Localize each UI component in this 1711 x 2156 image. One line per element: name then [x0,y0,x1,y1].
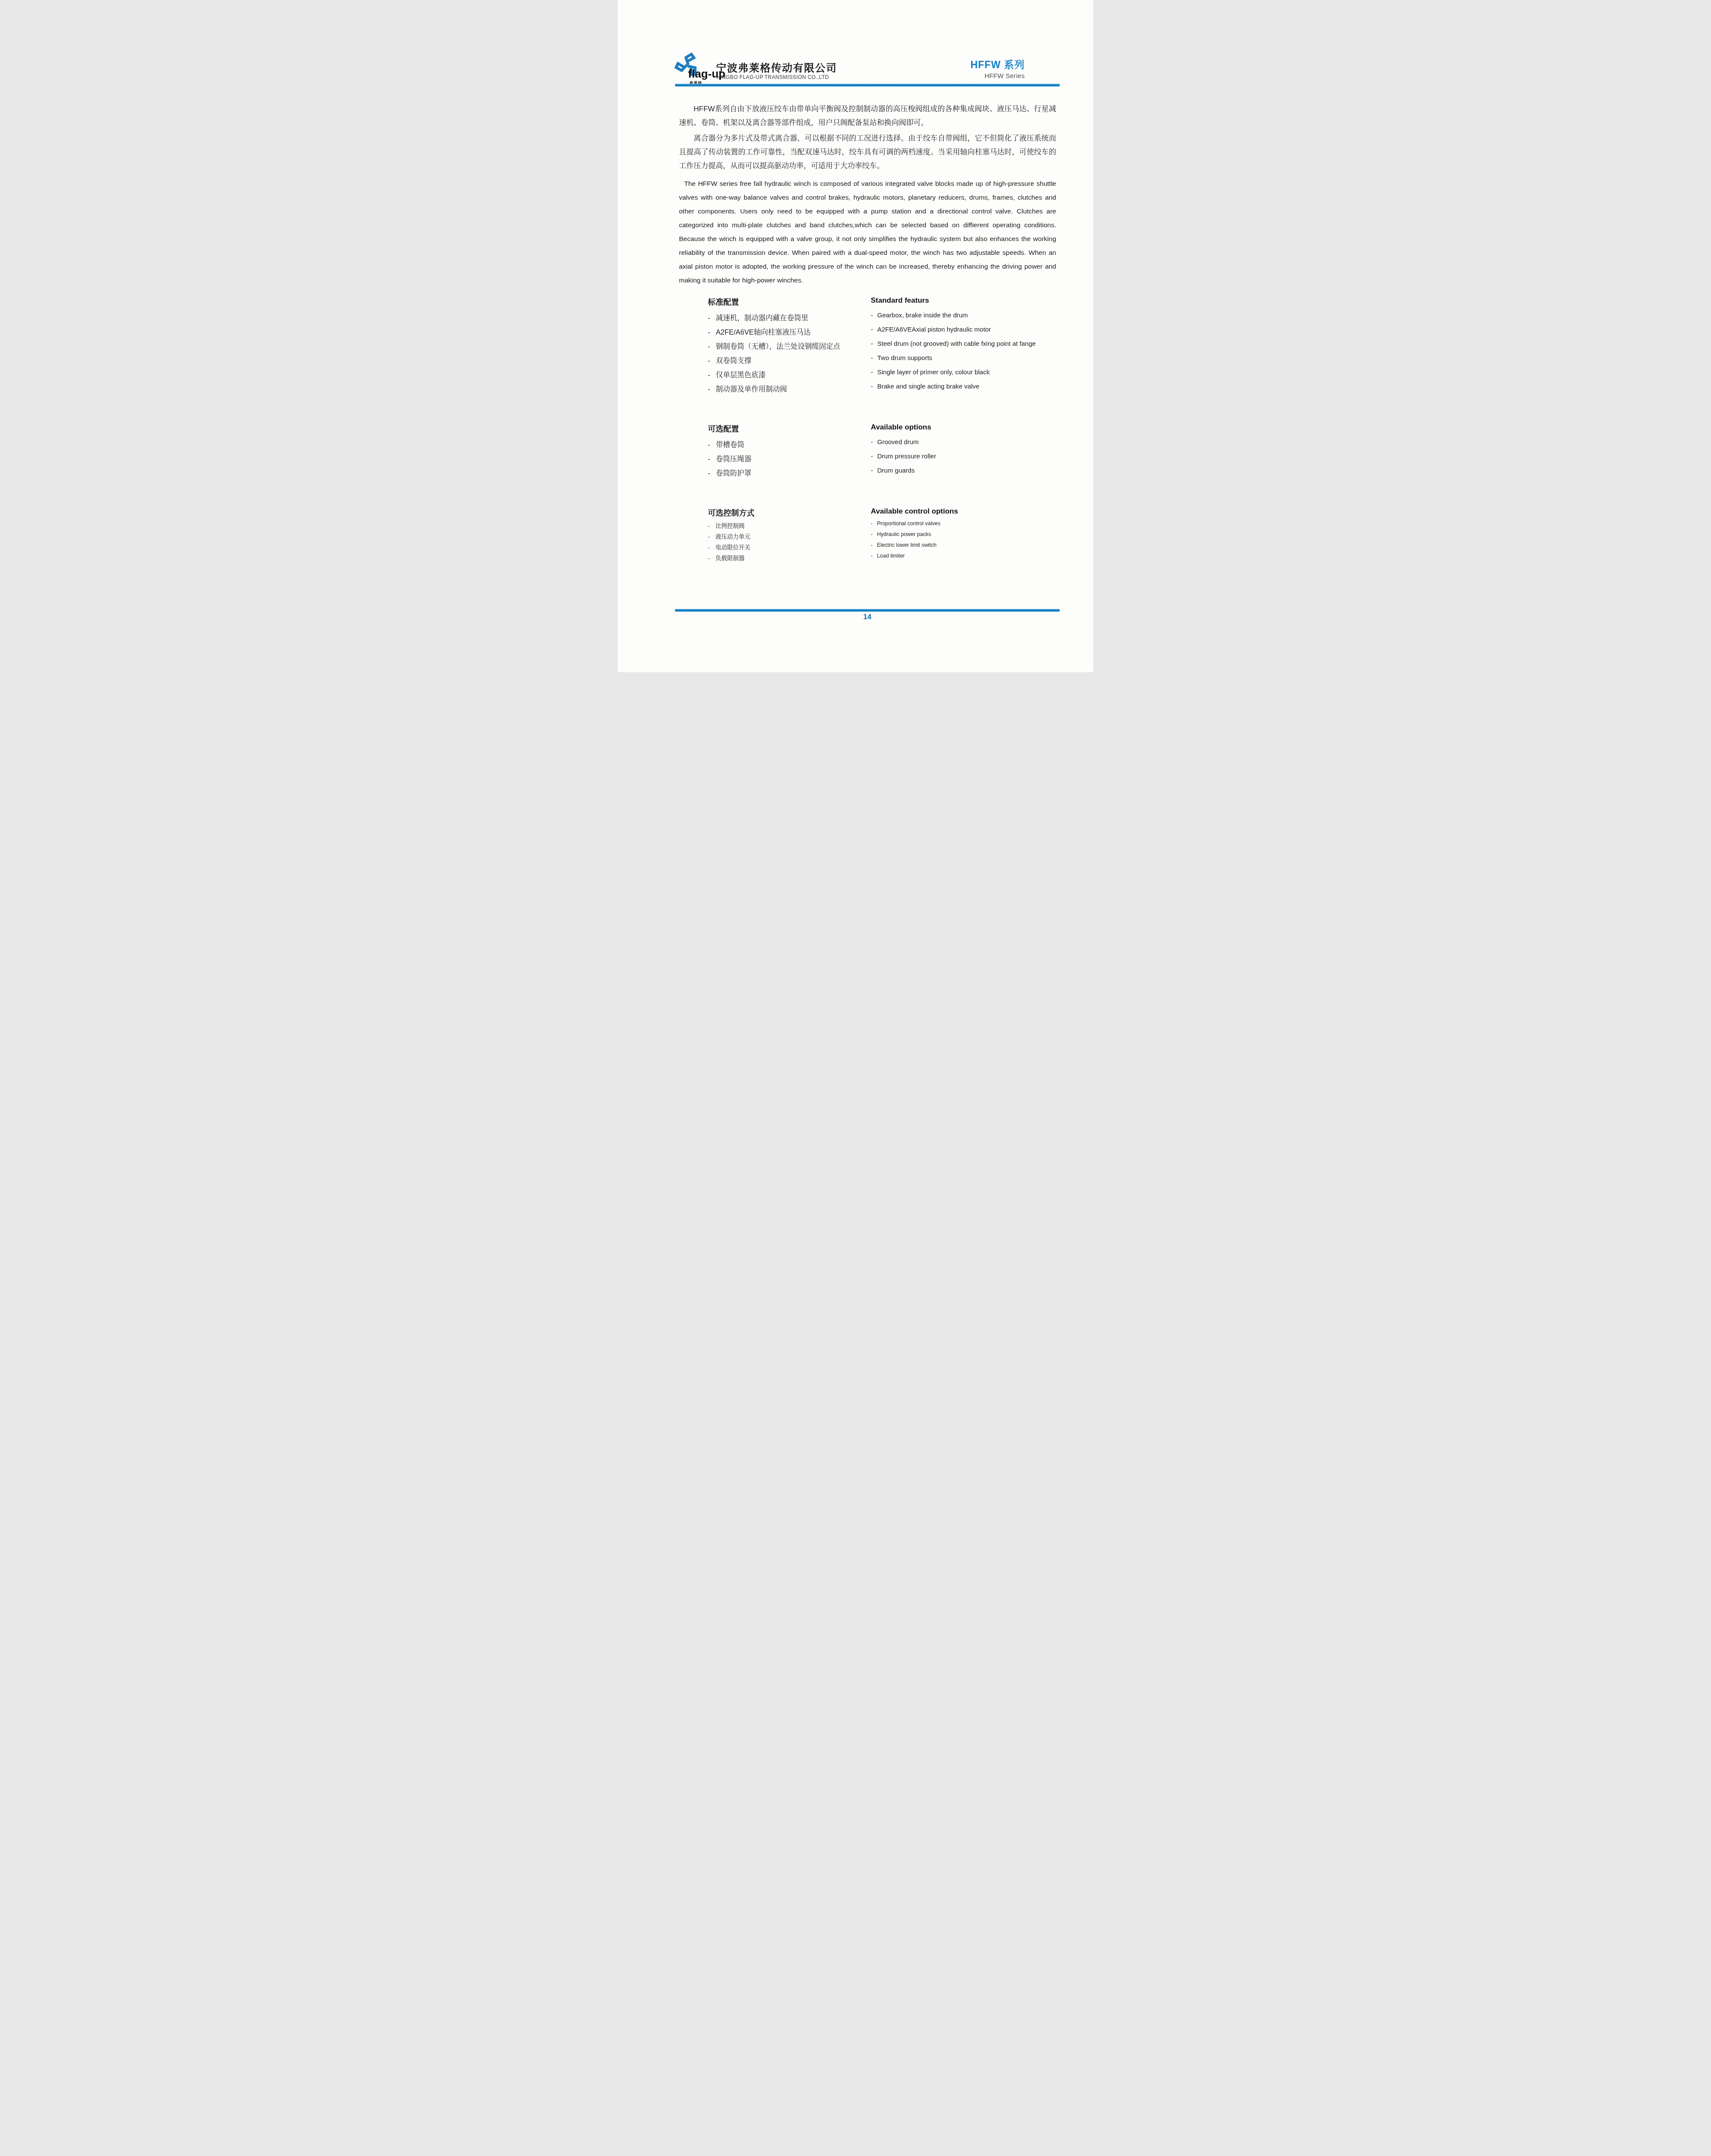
list-item-label: 带槽卷筒 [716,440,744,450]
list-item: -Drum pressure roller [871,452,1056,461]
standard-features-en-list: -Gearbox, brake inside the drum -A2FE/A6… [871,311,1056,392]
list-item: -Proportional control valves [871,520,1056,527]
available-options-cn-list: -带槽卷筒 -卷筒压绳器 -卷筒防护罩 [708,440,871,478]
bullet-dash: - [708,533,710,540]
bullet-dash: - [708,328,710,337]
section-title-en: Available control options [871,507,1056,516]
list-item: -钢制卷筒（无槽），法兰处设钢缆固定点 [708,342,871,351]
list-item: -Drum guards [871,466,1056,476]
available-options-section: 可选配置 -带槽卷筒 -卷筒压绳器 -卷筒防护罩 Available optio… [708,423,1056,483]
list-item: -液压动力单元 [708,533,871,540]
list-item-label: Single layer of primer only, colour blac… [877,368,990,377]
list-item: -负载限制器 [708,555,871,562]
list-item: -比例控制阀 [708,523,871,530]
list-item-label: 电动限位开关 [716,544,751,551]
bullet-dash: - [871,368,873,377]
list-item: -A2FE/A6VE轴向柱塞液压马达 [708,328,871,337]
bullet-dash: - [708,555,710,562]
bullet-dash: - [871,311,873,320]
list-item-label: A2FE/A6VE轴向柱塞液压马达 [716,328,811,337]
series-title-block: HFFW 系列 HFFW Series [970,57,1025,80]
section-title-cn: 标准配置 [708,296,871,307]
bullet-dash: - [708,342,710,351]
intro-paragraph-cn-2: 离合器分为多片式及带式离合器，可以根据不同的工况进行选择。由于绞车自带阀组，它不… [679,132,1056,173]
footer-divider-line [675,609,1060,612]
bullet-dash: - [708,356,710,366]
bullet-dash: - [871,452,873,461]
intro-paragraph-en: The HFFW series free fall hydraulic winc… [679,177,1056,288]
standard-features-cn-list: -减速机，制动器内藏在卷筒里 -A2FE/A6VE轴向柱塞液压马达 -钢制卷筒（… [708,313,871,394]
list-item-label: 减速机，制动器内藏在卷筒里 [716,313,809,323]
series-title-en: HFFW Series [970,72,1025,80]
list-item: -Electric lower limit switch [871,542,1056,548]
list-item: -带槽卷筒 [708,440,871,450]
available-options-en-list: -Grooved drum -Drum pressure roller -Dru… [871,438,1056,476]
bullet-dash: - [871,542,873,548]
list-item: -制动器及单作用制动阀 [708,385,871,394]
list-item-label: Load limiter [877,552,905,559]
header-divider-line [675,84,1060,87]
list-item-label: Hydraulic power packs [877,531,931,538]
control-options-cn-list: -比例控制阀 -液压动力单元 -电动限位开关 -负载限制器 [708,523,871,562]
bullet-dash: - [708,469,710,478]
company-name-cn: 宁波弗莱格传动有限公司 [716,60,837,75]
list-item: -卷筒防护罩 [708,469,871,478]
bullet-dash: - [708,440,710,450]
bullet-dash: - [871,354,873,363]
page-body: HFFW系列自由下放液压绞车由带单向平衡阀及控制制动器的高压梭阀组成的各种集成阀… [679,102,1056,566]
list-item: -Gearbox, brake inside the drum [871,311,1056,320]
list-item-label: 仅单层黑色底漆 [716,370,766,380]
bullet-dash: - [871,325,873,335]
section-title-en: Available options [871,423,1056,432]
standard-features-section: 标准配置 -减速机，制动器内藏在卷筒里 -A2FE/A6VE轴向柱塞液压马达 -… [708,296,1056,399]
list-item: -仅单层黑色底漆 [708,370,871,380]
control-options-en-column: Available control options -Proportional … [871,507,1056,566]
list-item: -Single layer of primer only, colour bla… [871,368,1056,377]
available-options-en-column: Available options -Grooved drum -Drum pr… [871,423,1056,483]
list-item-label: 钢制卷筒（无槽），法兰处设钢缆固定点 [716,342,841,351]
bullet-dash: - [871,438,873,447]
list-item: -卷筒压绳器 [708,454,871,464]
bullet-dash: - [871,531,873,538]
list-item: -A2FE/A6VEAxial piston hydraulic motor [871,325,1056,335]
bullet-dash: - [708,370,710,380]
section-title-cn: 可选控制方式 [708,507,871,518]
list-item: -Brake and single acting brake valve [871,382,1056,392]
list-item-label: Electric lower limit switch [877,542,936,548]
list-item-label: A2FE/A6VEAxial piston hydraulic motor [877,325,991,335]
bullet-dash: - [708,385,710,394]
bullet-dash: - [871,382,873,392]
list-item-label: Drum guards [877,466,915,476]
list-item-label: 卷筒压绳器 [716,454,752,464]
list-item-label: 比例控制阀 [716,523,745,530]
bullet-dash: - [871,339,873,349]
list-item: -Grooved drum [871,438,1056,447]
list-item: -Steel drum (not grooved) with cable fxi… [871,339,1056,349]
bullet-dash: - [708,313,710,323]
list-item-label: Grooved drum [877,438,919,447]
list-item-label: Two drum supports [877,354,932,363]
list-item: -减速机，制动器内藏在卷筒里 [708,313,871,323]
standard-features-en-column: Standard featurs -Gearbox, brake inside … [871,296,1056,399]
list-item: -Hydraulic power packs [871,531,1056,538]
document-page: flag-up 弗莱格 宁波弗莱格传动有限公司 NINGBO FLAG-UP T… [618,0,1093,672]
bullet-dash: - [708,523,710,530]
list-item: -双卷筒支撑 [708,356,871,366]
list-item-label: Drum pressure roller [877,452,936,461]
section-title-en: Standard featurs [871,296,1056,305]
control-options-en-list: -Proportional control valves -Hydraulic … [871,520,1056,559]
list-item: -Load limiter [871,552,1056,559]
standard-features-cn-column: 标准配置 -减速机，制动器内藏在卷筒里 -A2FE/A6VE轴向柱塞液压马达 -… [708,296,871,399]
list-item-label: 双卷筒支撑 [716,356,752,366]
list-item-label: 卷筒防护罩 [716,469,752,478]
bullet-dash: - [708,454,710,464]
list-item-label: Proportional control valves [877,520,940,527]
list-item-label: Gearbox, brake inside the drum [877,311,968,320]
bullet-dash: - [871,552,873,559]
bullet-dash: - [708,544,710,551]
page-number: 14 [675,613,1060,621]
intro-paragraph-cn-1: HFFW系列自由下放液压绞车由带单向平衡阀及控制制动器的高压梭阀组成的各种集成阀… [679,102,1056,130]
list-item-label: 制动器及单作用制动阀 [716,385,787,394]
control-options-cn-column: 可选控制方式 -比例控制阀 -液压动力单元 -电动限位开关 -负载限制器 [708,507,871,566]
company-name-en: NINGBO FLAG-UP TRANSMISSION CO.,LTD [716,74,829,80]
bullet-dash: - [871,520,873,527]
series-title-cn: HFFW 系列 [970,57,1025,71]
available-options-cn-column: 可选配置 -带槽卷筒 -卷筒压绳器 -卷筒防护罩 [708,423,871,483]
section-title-cn: 可选配置 [708,423,871,434]
list-item: -电动限位开关 [708,544,871,551]
list-item: -Two drum supports [871,354,1056,363]
list-item-label: 液压动力单元 [716,533,751,540]
bullet-dash: - [871,466,873,476]
list-item-label: Steel drum (not grooved) with cable fxin… [877,339,1036,349]
available-control-options-section: 可选控制方式 -比例控制阀 -液压动力单元 -电动限位开关 -负载限制器 Ava… [708,507,1056,566]
list-item-label: Brake and single acting brake valve [877,382,979,392]
list-item-label: 负载限制器 [716,555,745,562]
